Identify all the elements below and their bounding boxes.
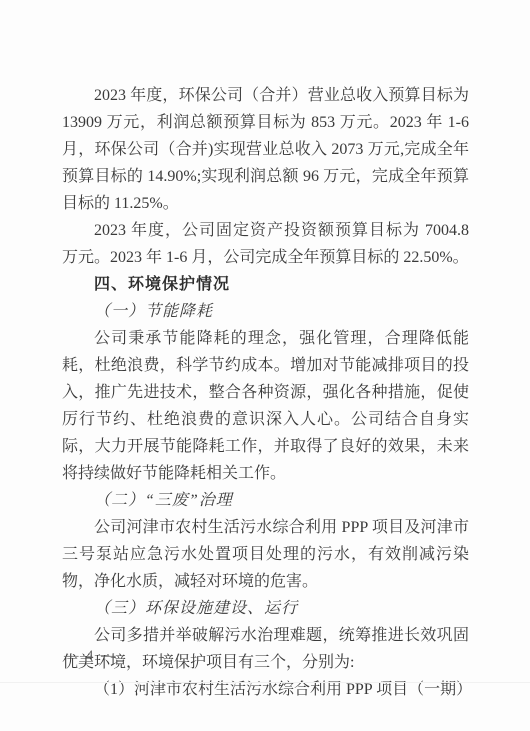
subsection-heading-energy-saving: （一）节能降耗 bbox=[62, 298, 469, 325]
subsection-heading-three-wastes-treatment: （二）“三废”治理 bbox=[62, 487, 469, 514]
list-item-ppp-project-phase-1: （1）河津市农村生活污水综合利用 PPP 项目（一期） bbox=[62, 676, 469, 703]
paragraph-fixed-asset-investment: 2023 年度，公司固定资产投资额预算目标为 7004.8 万元。2023 年 … bbox=[62, 217, 469, 271]
paragraph-facility-construction: 公司多措并举破解污水治理难题，统筹推进长效巩固优美环境，环境保护项目有三个，分别… bbox=[62, 622, 469, 676]
paragraph-energy-saving: 公司秉承节能降耗的理念，强化管理，合理降低能耗，杜绝浪费，科学节约成本。增加对节… bbox=[62, 325, 469, 487]
document-body: 2023 年度，环保公司（合并）营业总收入预算目标为 13909 万元，利润总额… bbox=[62, 82, 469, 703]
paragraph-revenue-budget: 2023 年度，环保公司（合并）营业总收入预算目标为 13909 万元，利润总额… bbox=[62, 82, 469, 217]
paragraph-three-wastes-treatment: 公司河津市农村生活污水综合利用 PPP 项目及河津市三号泵站应急污水处置项目处理… bbox=[62, 514, 469, 595]
section-heading-environmental-protection: 四、环境保护情况 bbox=[62, 271, 469, 298]
scan-edge-shadow bbox=[0, 682, 530, 683]
page-number: — 4 — bbox=[64, 646, 118, 666]
scanned-document-page: 2023 年度，环保公司（合并）营业总收入预算目标为 13909 万元，利润总额… bbox=[0, 0, 530, 731]
subsection-heading-facility-construction: （三）环保设施建设、运行 bbox=[62, 595, 469, 622]
